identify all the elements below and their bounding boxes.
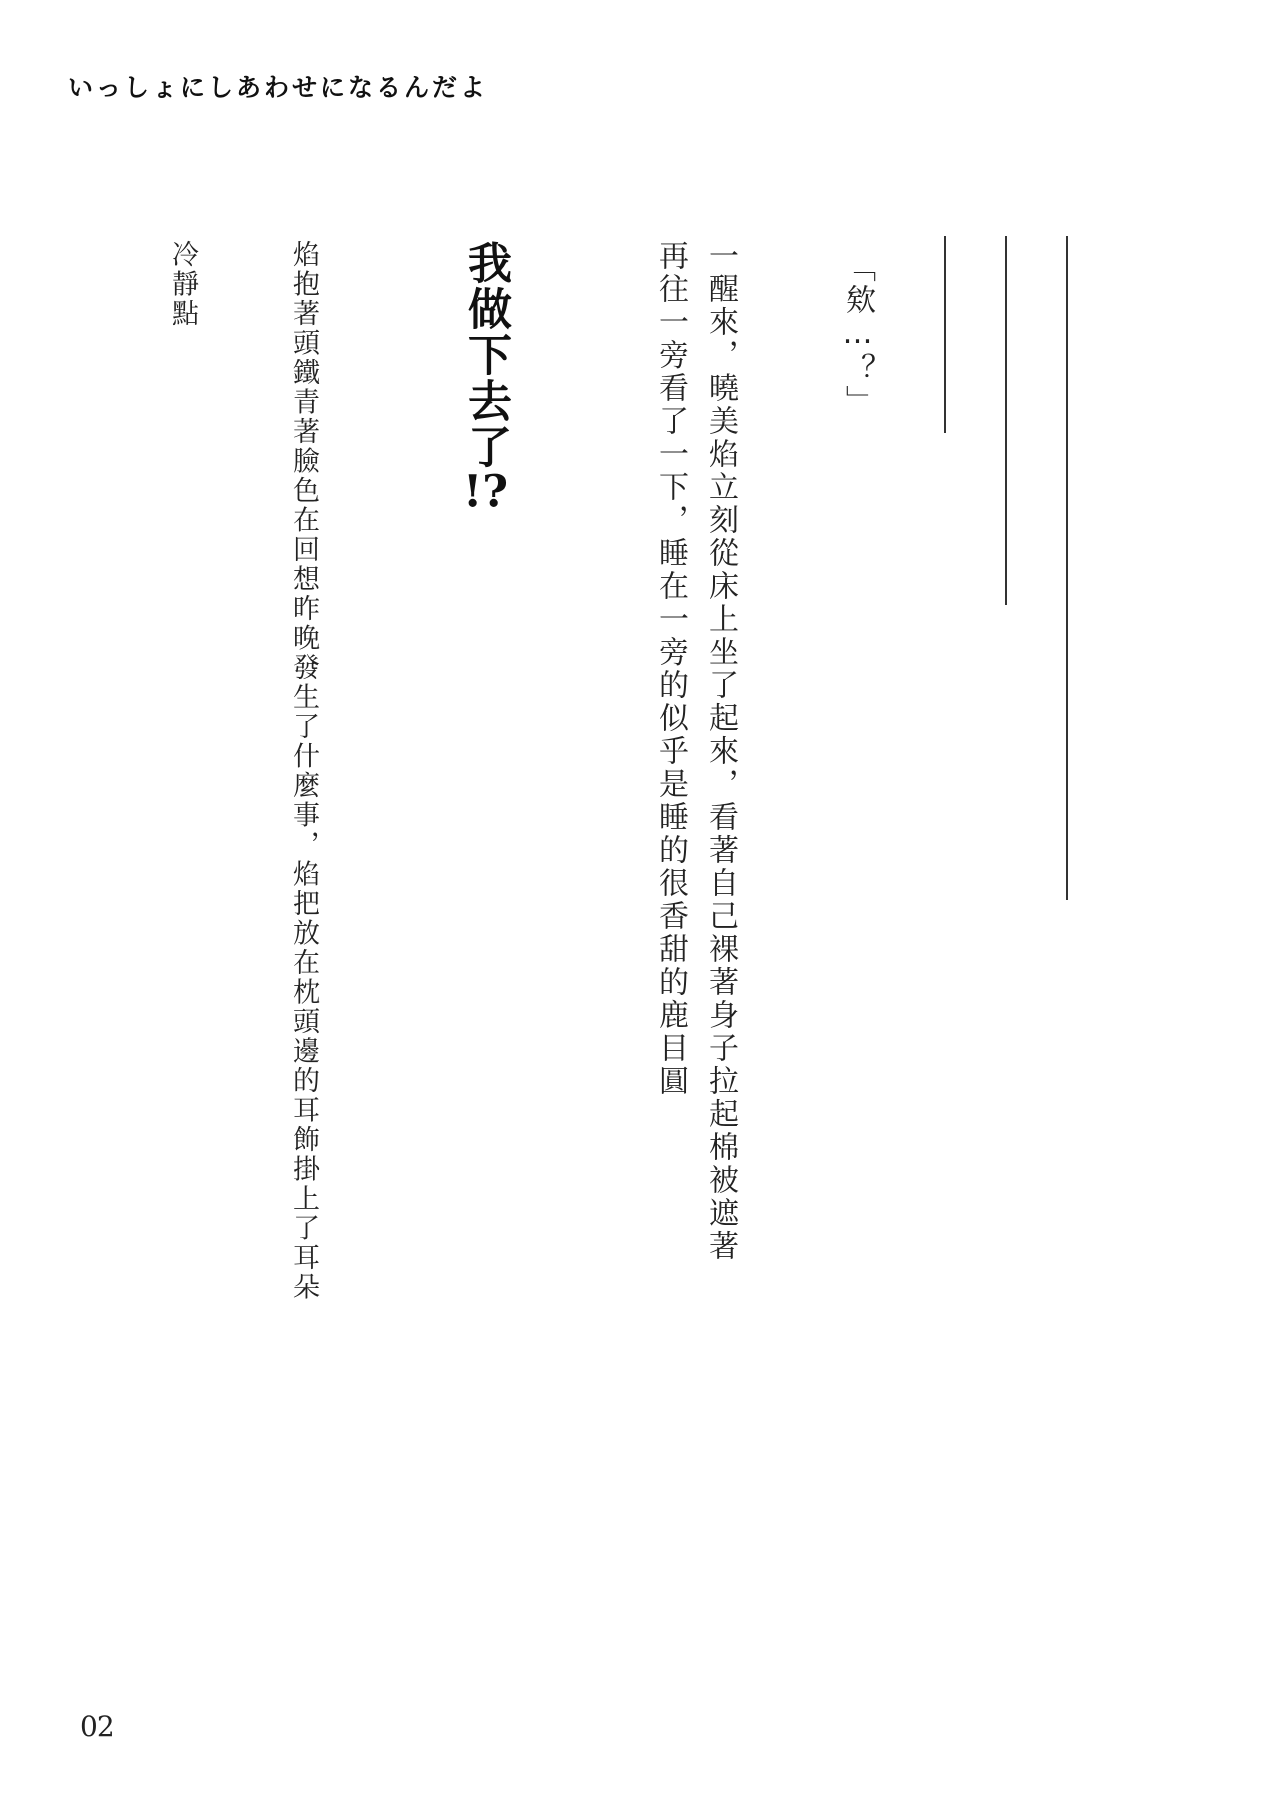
text-column-2: 再往一旁看了一下，睡在一旁的似乎是睡的很香甜的鹿目圓 [653,240,687,1098]
dialogue-column: 「欸…？」 [835,252,879,417]
emphasis-punctuation: !? [460,470,511,514]
emphasis-text: 我做下去了 [460,240,511,470]
page-number: 02 [80,1710,114,1743]
text-column-1: 一醒來，曉美焰立刻從床上坐了起來，看著自己裸著身子拉起棉被遮著 [703,240,737,1263]
scene-break-rule-3 [944,236,946,433]
scene-break-rule-2 [1005,236,1007,605]
scene-break-rule-1 [1066,236,1068,900]
text-column-3: 焰抱著頭鐵青著臉色在回想昨晚發生了什麼事，焰把放在枕頭邊的耳飾掛上了耳朵 [288,240,318,1302]
text-column-4: 冷靜點 [167,240,197,329]
emphasis-column: 我做下去了!? [461,240,509,514]
running-header-title: いっしょにしあわせになるんだよ [68,68,488,104]
